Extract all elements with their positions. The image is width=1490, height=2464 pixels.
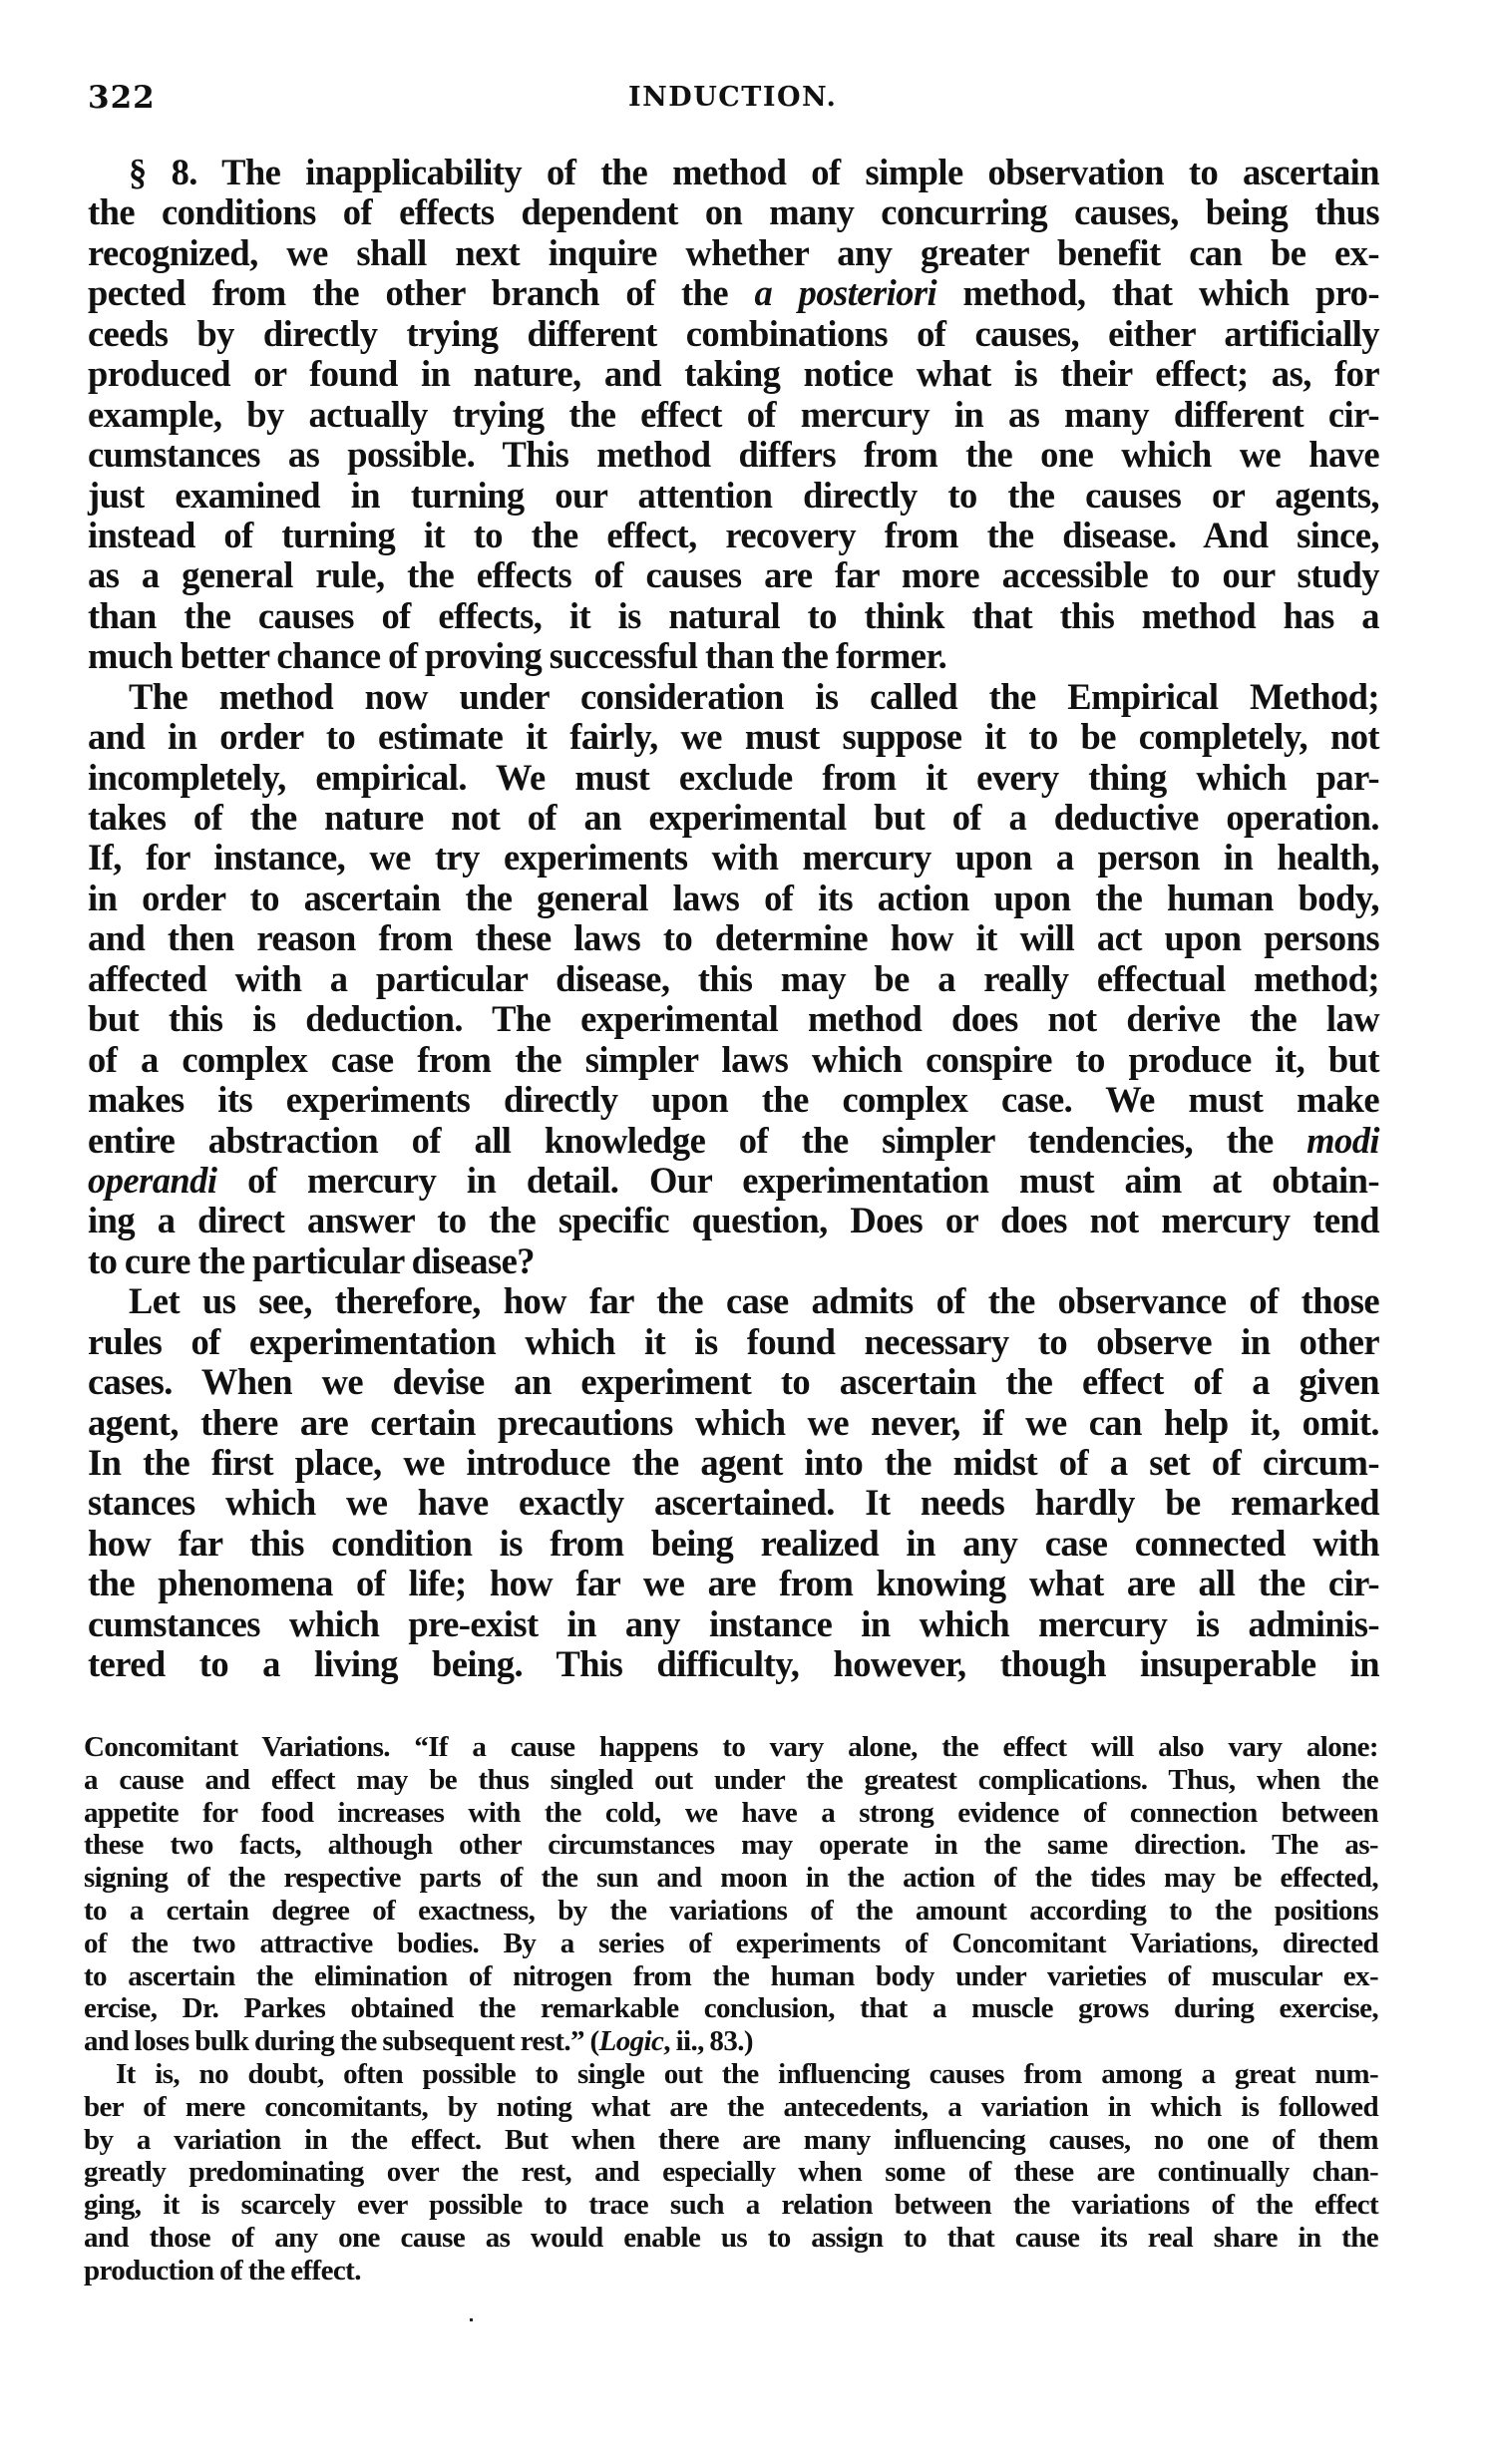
text-line: the conditions of effects dependent on m… [88, 192, 1379, 232]
footnote-block: Concomitant Variations. “If a cause happ… [84, 1731, 1378, 2288]
text-line: cumstances as possible. This method diff… [88, 435, 1379, 475]
footnote-line: by a variation in the effect. But when t… [84, 2124, 1378, 2157]
paragraph-empirical-method: The method now under consideration is ca… [88, 677, 1379, 1282]
footnote-line: Concomitant Variations. “If a cause happ… [84, 1731, 1378, 1764]
text-line: operandi of mercury in detail. Our exper… [88, 1161, 1379, 1201]
text-line: tered to a living being. This difficulty… [88, 1644, 1379, 1684]
text-line: to cure the particular disease? [88, 1241, 1379, 1281]
text-line: how far this condition is from being rea… [88, 1524, 1379, 1564]
text-line: In the first place, we introduce the age… [88, 1443, 1379, 1483]
text-line: If, for instance, we try experiments wit… [88, 838, 1379, 878]
text-line: and then reason from these laws to deter… [88, 918, 1379, 958]
footnote-concomitant-variations: Concomitant Variations. “If a cause happ… [84, 1731, 1378, 2058]
footnote-influencing-causes: It is, no doubt, often possible to singl… [84, 2058, 1378, 2288]
text-line: pected from the other branch of the a po… [88, 273, 1379, 313]
text-line: instead of turning it to the effect, rec… [88, 516, 1379, 555]
text-line: of a complex case from the simpler laws … [88, 1040, 1379, 1080]
text-line: and in order to estimate it fairly, we m… [88, 717, 1379, 757]
paragraph-section-8: § 8. The inapplicability of the method o… [88, 153, 1379, 677]
footnote-line: to a certain degree of exactness, by the… [84, 1895, 1378, 1928]
text-line: recognized, we shall next inquire whethe… [88, 233, 1379, 273]
running-head: 322 INDUCTION. [88, 80, 1379, 114]
running-title: INDUCTION. [628, 82, 837, 113]
text-line: The method now under consideration is ca… [88, 677, 1379, 717]
text-line: cumstances which pre-exist in any instan… [88, 1604, 1379, 1644]
text-line: cases. When we devise an experiment to a… [88, 1362, 1379, 1402]
text-line: ceeds by directly trying different combi… [88, 314, 1379, 354]
text-line: but this is deduction. The experimental … [88, 999, 1379, 1039]
text-line: just examined in turning our attention d… [88, 476, 1379, 516]
text-line: agent, there are certain precautions whi… [88, 1403, 1379, 1443]
text-line: than the causes of effects, it is natura… [88, 596, 1379, 636]
footnote-line: ber of mere concomitants, by noting what… [84, 2091, 1378, 2124]
footnote-line: ging, it is scarcely ever possible to tr… [84, 2189, 1378, 2222]
text-line: incompletely, empirical. We must exclude… [88, 758, 1379, 798]
text-line: the phenomena of life; how far we are fr… [88, 1564, 1379, 1603]
main-text: § 8. The inapplicability of the method o… [88, 153, 1379, 1685]
text-line: makes its experiments directly upon the … [88, 1080, 1379, 1120]
text-line: Let us see, therefore, how far the case … [88, 1281, 1379, 1321]
footnote-line: production of the effect. [84, 2255, 1378, 2288]
page-number: 322 [88, 80, 156, 116]
footnote-line: It is, no doubt, often possible to singl… [84, 2058, 1378, 2091]
text-line: affected with a particular disease, this… [88, 959, 1379, 999]
footnote-line: and those of any one cause as would enab… [84, 2222, 1378, 2255]
text-line: in order to ascertain the general laws o… [88, 879, 1379, 918]
footnote-line: greatly predominating over the rest, and… [84, 2156, 1378, 2189]
text-line: example, by actually trying the effect o… [88, 395, 1379, 435]
footnote-line: signing of the respective parts of the s… [84, 1862, 1378, 1895]
text-line: rules of experimentation which it is fou… [88, 1322, 1379, 1362]
footnote-line: these two facts, although other circumst… [84, 1829, 1378, 1862]
text-line: § 8. The inapplicability of the method o… [88, 153, 1379, 192]
text-line: produced or found in nature, and taking … [88, 354, 1379, 394]
text-line: stances which we have exactly ascertaine… [88, 1483, 1379, 1523]
paragraph-rules-of-experimentation: Let us see, therefore, how far the case … [88, 1281, 1379, 1684]
text-line: ing a direct answer to the specific ques… [88, 1201, 1379, 1240]
text-line: as a general rule, the effects of causes… [88, 555, 1379, 595]
footnote-line: a cause and effect may be thus singled o… [84, 1764, 1378, 1797]
book-page: 322 INDUCTION. § 8. The inapplicability … [0, 0, 1490, 2464]
footnote-line: of the two attractive bodies. By a serie… [84, 1928, 1378, 1960]
print-speck [470, 2318, 473, 2321]
footnote-line: to ascertain the elimination of nitrogen… [84, 1960, 1378, 1993]
text-line: takes of the nature not of an experiment… [88, 798, 1379, 838]
footnote-line: ercise, Dr. Parkes obtained the remarkab… [84, 1992, 1378, 2025]
footnote-line: and loses bulk during the subsequent res… [84, 2025, 1378, 2058]
text-line: much better chance of proving successful… [88, 636, 1379, 676]
footnote-line: appetite for food increases with the col… [84, 1797, 1378, 1830]
text-line: entire abstraction of all knowledge of t… [88, 1121, 1379, 1161]
